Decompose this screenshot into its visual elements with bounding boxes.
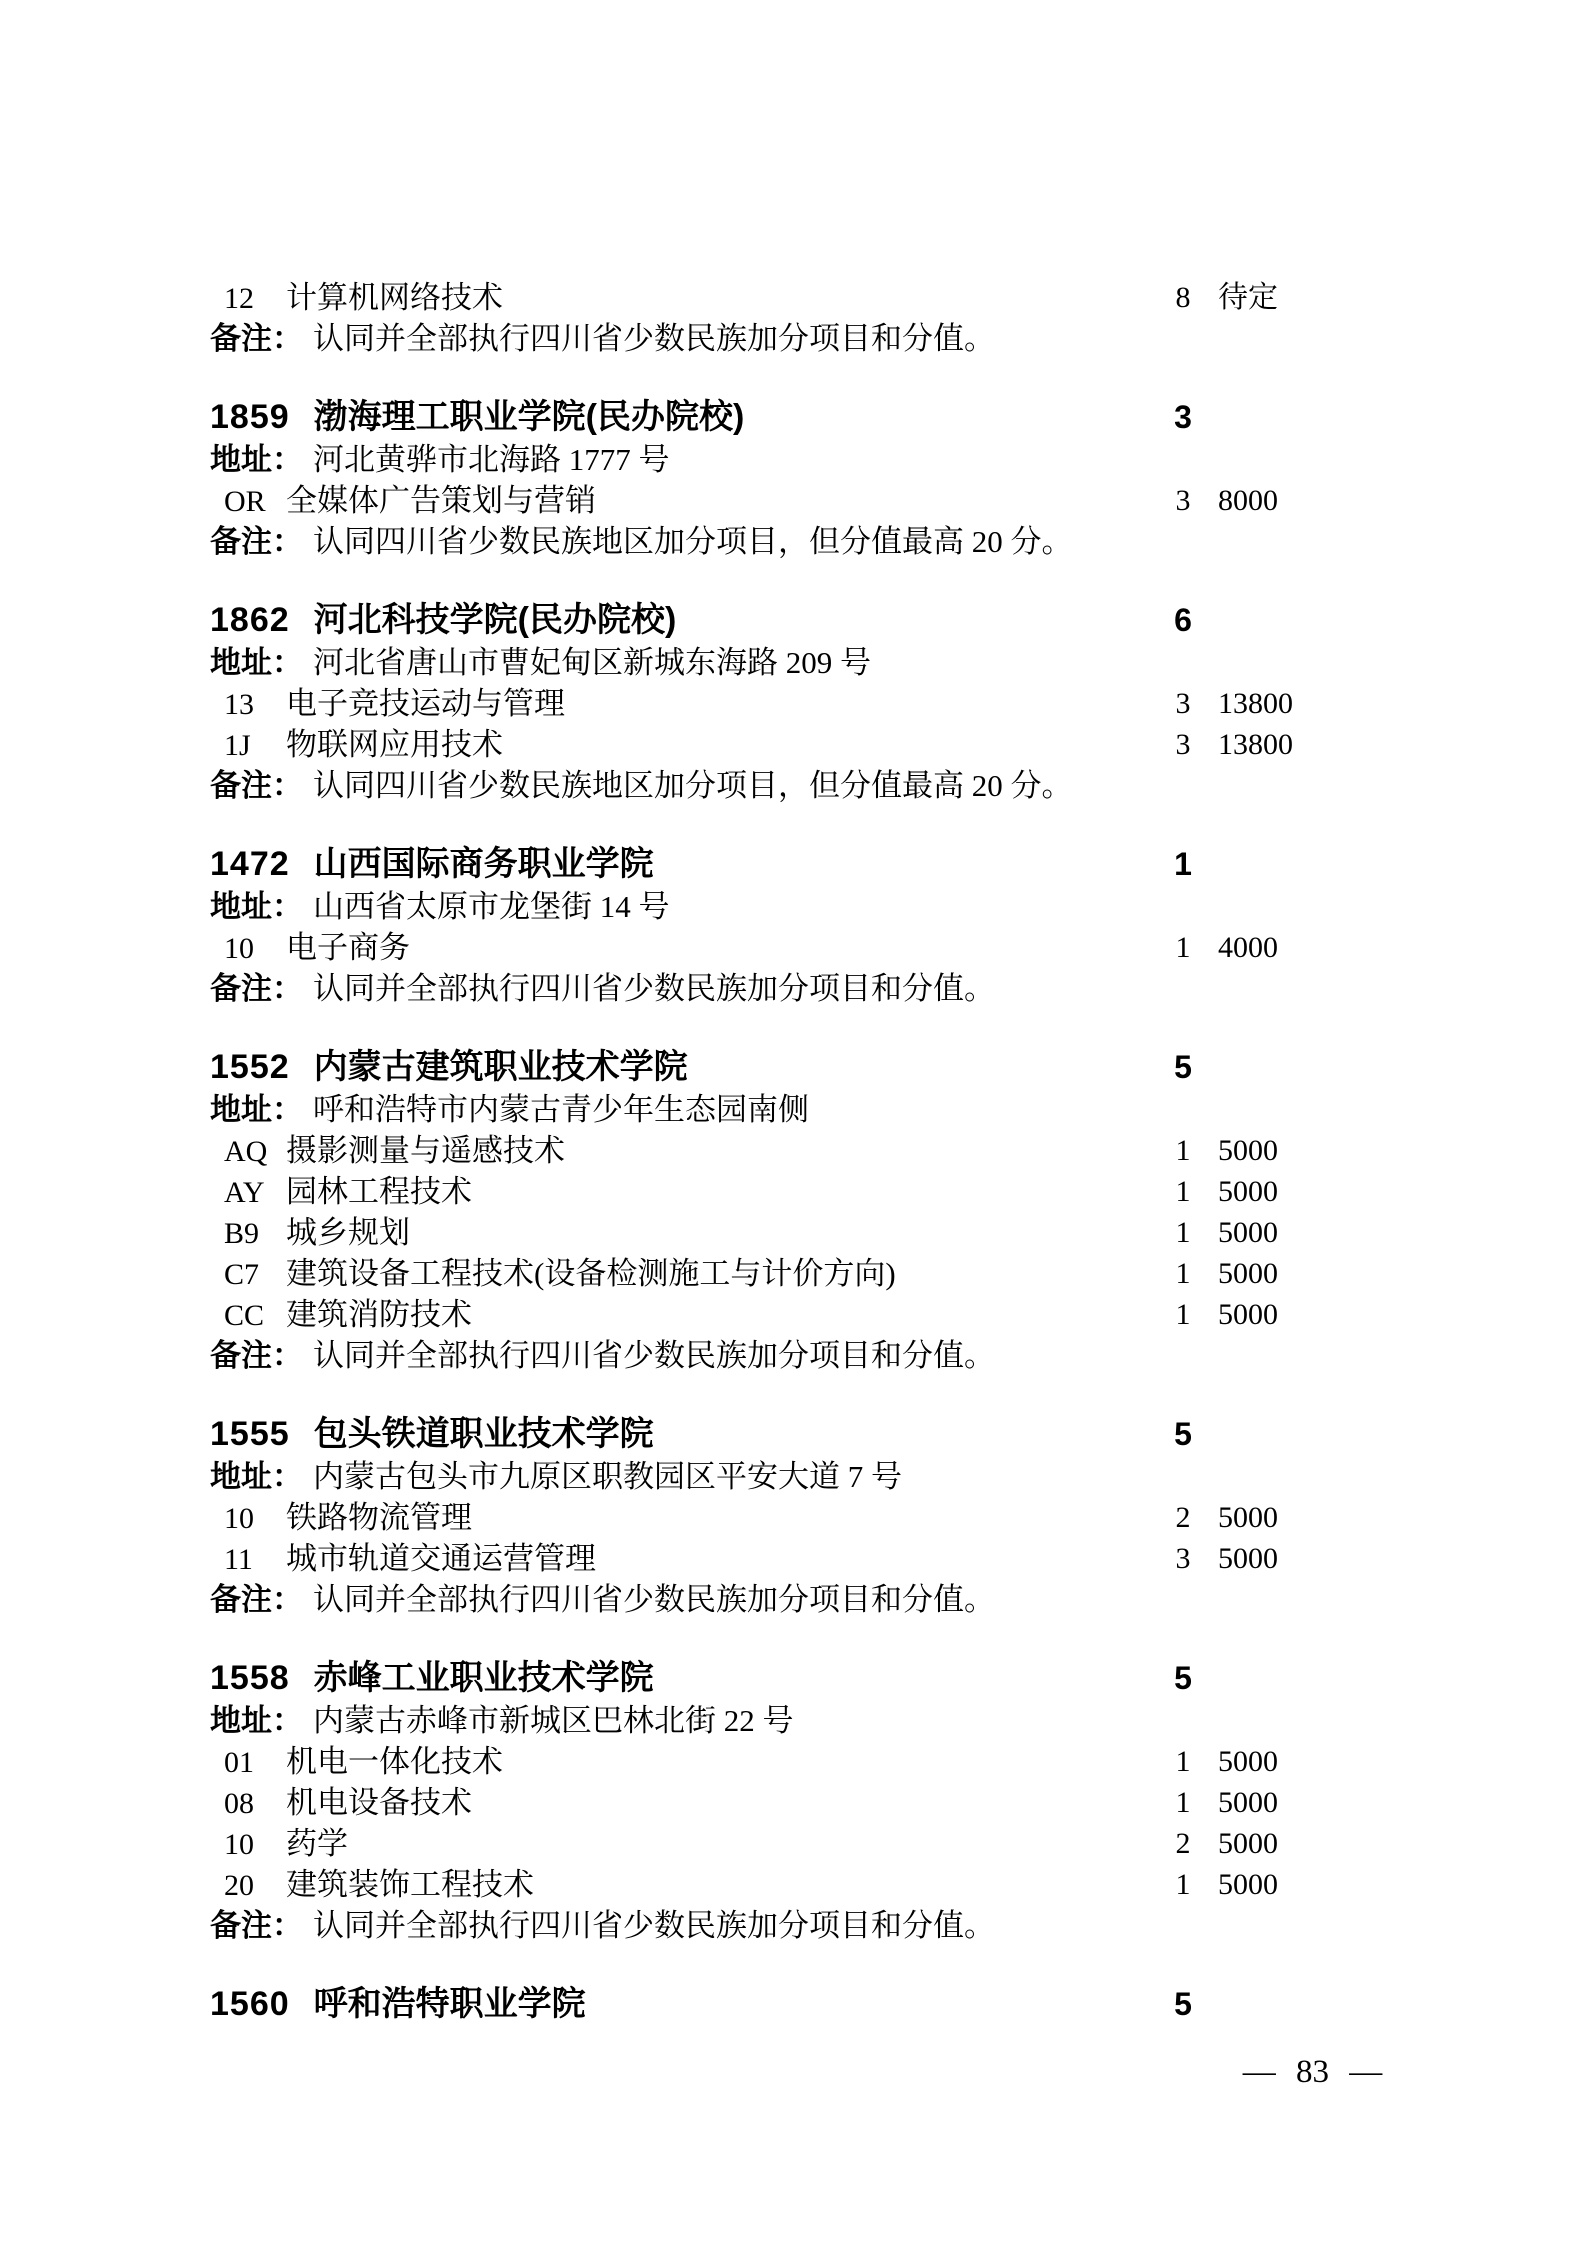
major-row: CC建筑消防技术 1 5000 <box>210 1294 1460 1335</box>
major-tuition-fee: 待定 <box>1218 277 1278 318</box>
college-code: 1859 <box>210 398 290 436</box>
document-page: 12计算机网络技术 8 待定 备注：认同并全部执行四川省少数民族加分项目和分值。… <box>0 0 1587 2245</box>
college-section: 1859渤海理工职业学院(民办院校) 3 地址：河北黄骅市北海路 1777 号 … <box>210 395 1460 562</box>
college-total-plan-count: 5 <box>1162 1656 1204 1700</box>
major-code: 10 <box>224 1824 274 1865</box>
college-note: 认同并全部执行四川省少数民族加分项目和分值。 <box>313 971 995 1006</box>
major-tuition-fee: 5000 <box>1218 1782 1278 1823</box>
note-label: 备注： <box>210 524 303 559</box>
major-code: C7 <box>224 1254 274 1295</box>
major-tuition-fee: 5000 <box>1218 1497 1278 1538</box>
major-tuition-fee: 5000 <box>1218 1741 1278 1782</box>
college-section: 1552内蒙古建筑职业技术学院 5 地址：呼和浩特市内蒙古青少年生态园南侧 AQ… <box>210 1045 1460 1376</box>
major-name: 园林工程技术 <box>286 1174 472 1209</box>
college-note-row: 备注：认同并全部执行四川省少数民族加分项目和分值。 <box>210 318 1460 359</box>
note-label: 备注： <box>210 971 303 1006</box>
college-note-row: 备注：认同四川省少数民族地区加分项目，但分值最高 20 分。 <box>210 765 1460 806</box>
major-tuition-fee: 13800 <box>1218 683 1293 724</box>
college-address: 河北省唐山市曹妃甸区新城东海路 209 号 <box>313 645 871 680</box>
college-address: 河北黄骅市北海路 1777 号 <box>313 442 670 477</box>
major-row: 08机电设备技术 1 5000 <box>210 1782 1460 1823</box>
major-plan-count: 3 <box>1162 724 1204 765</box>
college-address: 呼和浩特市内蒙古青少年生态园南侧 <box>313 1092 809 1127</box>
major-code: 11 <box>224 1539 274 1580</box>
college-address: 内蒙古包头市九原区职教园区平安大道 7 号 <box>313 1459 902 1494</box>
college-code: 1558 <box>210 1659 290 1697</box>
college-header-row: 1555包头铁道职业技术学院 5 <box>210 1412 1460 1456</box>
major-name: 铁路物流管理 <box>286 1500 472 1535</box>
note-label: 备注： <box>210 321 303 356</box>
major-tuition-fee: 5000 <box>1218 1294 1278 1335</box>
major-name: 建筑设备工程技术(设备检测施工与计价方向) <box>286 1256 896 1291</box>
address-label: 地址： <box>210 645 303 680</box>
college-section: 12计算机网络技术 8 待定 备注：认同并全部执行四川省少数民族加分项目和分值。 <box>210 277 1460 359</box>
major-plan-count: 2 <box>1162 1823 1204 1864</box>
major-name: 全媒体广告策划与营销 <box>286 483 596 518</box>
college-code: 1555 <box>210 1415 290 1453</box>
college-section: 1555包头铁道职业技术学院 5 地址：内蒙古包头市九原区职教园区平安大道 7 … <box>210 1412 1460 1620</box>
major-name: 机电设备技术 <box>286 1785 472 1820</box>
note-label: 备注： <box>210 768 303 803</box>
major-code: 10 <box>224 1498 274 1539</box>
college-address-row: 地址：内蒙古包头市九原区职教园区平安大道 7 号 <box>210 1456 1460 1497</box>
admission-plan-list: 12计算机网络技术 8 待定 备注：认同并全部执行四川省少数民族加分项目和分值。… <box>210 277 1460 2026</box>
major-code: CC <box>224 1295 274 1336</box>
major-code: 13 <box>224 684 274 725</box>
major-row: 10电子商务 1 4000 <box>210 927 1460 968</box>
college-code: 1560 <box>210 1985 290 2023</box>
college-name: 山西国际商务职业学院 <box>314 845 654 883</box>
major-plan-count: 3 <box>1162 683 1204 724</box>
college-section: 1560呼和浩特职业学院 5 <box>210 1982 1460 2026</box>
major-name: 建筑装饰工程技术 <box>286 1867 534 1902</box>
major-tuition-fee: 5000 <box>1218 1864 1278 1905</box>
college-code: 1472 <box>210 845 290 883</box>
major-code: 01 <box>224 1742 274 1783</box>
major-code: AQ <box>224 1131 274 1172</box>
major-tuition-fee: 8000 <box>1218 480 1278 521</box>
major-name: 计算机网络技术 <box>286 280 503 315</box>
major-row: 13电子竞技运动与管理 3 13800 <box>210 683 1460 724</box>
college-note-row: 备注：认同并全部执行四川省少数民族加分项目和分值。 <box>210 968 1460 1009</box>
college-note: 认同并全部执行四川省少数民族加分项目和分值。 <box>313 1582 995 1617</box>
major-row: AQ摄影测量与遥感技术 1 5000 <box>210 1130 1460 1171</box>
major-code: OR <box>224 481 274 522</box>
major-code: 08 <box>224 1783 274 1824</box>
major-row: AY园林工程技术 1 5000 <box>210 1171 1460 1212</box>
college-section: 1862河北科技学院(民办院校) 6 地址：河北省唐山市曹妃甸区新城东海路 20… <box>210 598 1460 806</box>
major-plan-count: 8 <box>1162 277 1204 318</box>
major-plan-count: 1 <box>1162 1782 1204 1823</box>
major-tuition-fee: 5000 <box>1218 1130 1278 1171</box>
major-tuition-fee: 4000 <box>1218 927 1278 968</box>
major-name: 摄影测量与遥感技术 <box>286 1133 565 1168</box>
note-label: 备注： <box>210 1582 303 1617</box>
college-note: 认同四川省少数民族地区加分项目，但分值最高 20 分。 <box>313 524 1073 559</box>
page-number: — 83 — <box>1230 2052 1395 2093</box>
college-code: 1862 <box>210 601 290 639</box>
college-total-plan-count: 1 <box>1162 842 1204 886</box>
major-row: 12计算机网络技术 8 待定 <box>210 277 1460 318</box>
major-row: 1J物联网应用技术 3 13800 <box>210 724 1460 765</box>
major-plan-count: 1 <box>1162 1864 1204 1905</box>
major-row: 01机电一体化技术 1 5000 <box>210 1741 1460 1782</box>
major-name: 建筑消防技术 <box>286 1297 472 1332</box>
college-note: 认同并全部执行四川省少数民族加分项目和分值。 <box>313 321 995 356</box>
college-total-plan-count: 5 <box>1162 1412 1204 1456</box>
college-name: 赤峰工业职业技术学院 <box>314 1659 654 1697</box>
major-tuition-fee: 5000 <box>1218 1823 1278 1864</box>
major-plan-count: 1 <box>1162 1294 1204 1335</box>
major-tuition-fee: 5000 <box>1218 1212 1278 1253</box>
address-label: 地址： <box>210 889 303 924</box>
college-note: 认同并全部执行四川省少数民族加分项目和分值。 <box>313 1908 995 1943</box>
major-code: B9 <box>224 1213 274 1254</box>
address-label: 地址： <box>210 442 303 477</box>
college-header-row: 1560呼和浩特职业学院 5 <box>210 1982 1460 2026</box>
major-tuition-fee: 13800 <box>1218 724 1293 765</box>
college-note-row: 备注：认同并全部执行四川省少数民族加分项目和分值。 <box>210 1905 1460 1946</box>
college-address: 内蒙古赤峰市新城区巴林北街 22 号 <box>313 1703 794 1738</box>
major-tuition-fee: 5000 <box>1218 1171 1278 1212</box>
college-header-row: 1558赤峰工业职业技术学院 5 <box>210 1656 1460 1700</box>
major-plan-count: 1 <box>1162 1212 1204 1253</box>
major-code: AY <box>224 1172 274 1213</box>
major-plan-count: 1 <box>1162 1130 1204 1171</box>
note-label: 备注： <box>210 1338 303 1373</box>
college-header-row: 1552内蒙古建筑职业技术学院 5 <box>210 1045 1460 1089</box>
address-label: 地址： <box>210 1092 303 1127</box>
college-name: 渤海理工职业学院(民办院校) <box>314 398 745 436</box>
college-address-row: 地址：河北黄骅市北海路 1777 号 <box>210 439 1460 480</box>
address-label: 地址： <box>210 1459 303 1494</box>
college-header-row: 1472山西国际商务职业学院 1 <box>210 842 1460 886</box>
major-code: 10 <box>224 928 274 969</box>
major-row: B9城乡规划 1 5000 <box>210 1212 1460 1253</box>
college-total-plan-count: 6 <box>1162 598 1204 642</box>
major-plan-count: 1 <box>1162 1171 1204 1212</box>
major-name: 城市轨道交通运营管理 <box>286 1541 596 1576</box>
major-name: 电子商务 <box>286 930 410 965</box>
college-header-row: 1862河北科技学院(民办院校) 6 <box>210 598 1460 642</box>
college-note: 认同并全部执行四川省少数民族加分项目和分值。 <box>313 1338 995 1373</box>
college-name: 呼和浩特职业学院 <box>314 1985 586 2023</box>
major-row: 11城市轨道交通运营管理 3 5000 <box>210 1538 1460 1579</box>
major-code: 1J <box>224 725 274 766</box>
major-plan-count: 3 <box>1162 480 1204 521</box>
college-address-row: 地址：山西省太原市龙堡街 14 号 <box>210 886 1460 927</box>
college-name: 河北科技学院(民办院校) <box>314 601 677 639</box>
major-plan-count: 3 <box>1162 1538 1204 1579</box>
major-row: 10药学 2 5000 <box>210 1823 1460 1864</box>
college-name: 包头铁道职业技术学院 <box>314 1415 654 1453</box>
college-note: 认同四川省少数民族地区加分项目，但分值最高 20 分。 <box>313 768 1073 803</box>
major-plan-count: 2 <box>1162 1497 1204 1538</box>
note-label: 备注： <box>210 1908 303 1943</box>
college-address-row: 地址：内蒙古赤峰市新城区巴林北街 22 号 <box>210 1700 1460 1741</box>
major-plan-count: 1 <box>1162 1253 1204 1294</box>
college-total-plan-count: 5 <box>1162 1982 1204 2026</box>
major-tuition-fee: 5000 <box>1218 1538 1278 1579</box>
major-name: 物联网应用技术 <box>286 727 503 762</box>
major-code: 12 <box>224 278 274 319</box>
college-name: 内蒙古建筑职业技术学院 <box>314 1048 688 1086</box>
college-code: 1552 <box>210 1048 290 1086</box>
major-row: 20建筑装饰工程技术 1 5000 <box>210 1864 1460 1905</box>
major-row: 10铁路物流管理 2 5000 <box>210 1497 1460 1538</box>
major-name: 药学 <box>286 1826 348 1861</box>
college-section: 1558赤峰工业职业技术学院 5 地址：内蒙古赤峰市新城区巴林北街 22 号 0… <box>210 1656 1460 1946</box>
major-plan-count: 1 <box>1162 927 1204 968</box>
college-note-row: 备注：认同并全部执行四川省少数民族加分项目和分值。 <box>210 1579 1460 1620</box>
address-label: 地址： <box>210 1703 303 1738</box>
college-note-row: 备注：认同四川省少数民族地区加分项目，但分值最高 20 分。 <box>210 521 1460 562</box>
college-address-row: 地址：河北省唐山市曹妃甸区新城东海路 209 号 <box>210 642 1460 683</box>
major-name: 电子竞技运动与管理 <box>286 686 565 721</box>
college-header-row: 1859渤海理工职业学院(民办院校) 3 <box>210 395 1460 439</box>
college-address-row: 地址：呼和浩特市内蒙古青少年生态园南侧 <box>210 1089 1460 1130</box>
college-note-row: 备注：认同并全部执行四川省少数民族加分项目和分值。 <box>210 1335 1460 1376</box>
college-total-plan-count: 3 <box>1162 395 1204 439</box>
major-tuition-fee: 5000 <box>1218 1253 1278 1294</box>
major-name: 机电一体化技术 <box>286 1744 503 1779</box>
college-total-plan-count: 5 <box>1162 1045 1204 1089</box>
major-row: C7建筑设备工程技术(设备检测施工与计价方向) 1 5000 <box>210 1253 1460 1294</box>
college-address: 山西省太原市龙堡街 14 号 <box>313 889 670 924</box>
major-row: OR全媒体广告策划与营销 3 8000 <box>210 480 1460 521</box>
major-code: 20 <box>224 1865 274 1906</box>
major-name: 城乡规划 <box>286 1215 410 1250</box>
college-section: 1472山西国际商务职业学院 1 地址：山西省太原市龙堡街 14 号 10电子商… <box>210 842 1460 1009</box>
major-plan-count: 1 <box>1162 1741 1204 1782</box>
